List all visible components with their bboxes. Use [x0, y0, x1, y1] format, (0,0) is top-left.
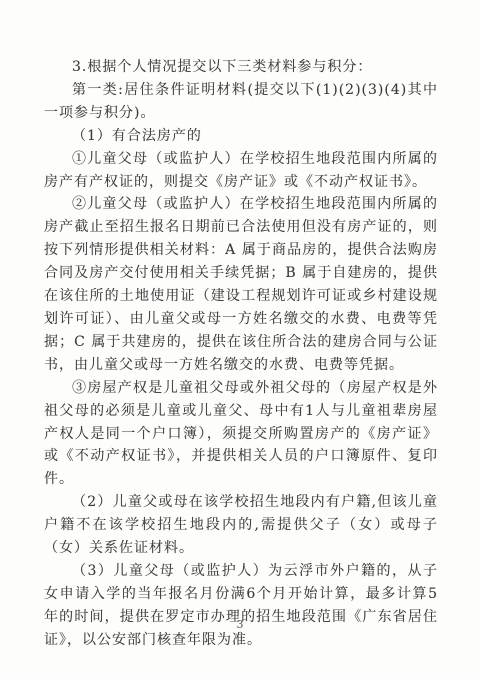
page-number: 3 — [0, 618, 480, 631]
paragraph-item-1-clause-1: ①儿童父母（或监护人）在学校招生地段范围内所属的房产有产权证的，则提交《房产证》… — [44, 148, 438, 194]
paragraph-item-2: （2）儿童父或母在该学校招生地段内有户籍,但该儿童户籍不在该学校招生地段内的,需… — [44, 491, 438, 560]
paragraph-item-1-clause-3: ③房屋产权是儿童祖父母或外祖父母的（房屋产权是外祖父母的必须是儿童或儿童父、母中… — [44, 377, 438, 492]
document-page: 3.根据个人情况提交以下三类材料参与积分： 第一类:居住条件证明材料(提交以下(… — [0, 0, 480, 680]
paragraph-item-3: （3）儿童父母（或监护人）为云浮市外户籍的，从子女申请入学的当年报名月份满6个月… — [44, 560, 438, 652]
paragraph-category-1: 第一类:居住条件证明材料(提交以下(1)(2)(3)(4)其中一项参与积分)。 — [44, 79, 438, 125]
paragraph-item-1-heading: （1）有合法房产的 — [44, 125, 438, 148]
paragraph-item-1-clause-2: ②儿童父母（或监护人）在学校招生地段范围内所属的房产截止至招生报名日期前已合法使… — [44, 193, 438, 376]
paragraph-intro: 3.根据个人情况提交以下三类材料参与积分： — [44, 56, 438, 79]
document-body: 3.根据个人情况提交以下三类材料参与积分： 第一类:居住条件证明材料(提交以下(… — [44, 56, 438, 652]
